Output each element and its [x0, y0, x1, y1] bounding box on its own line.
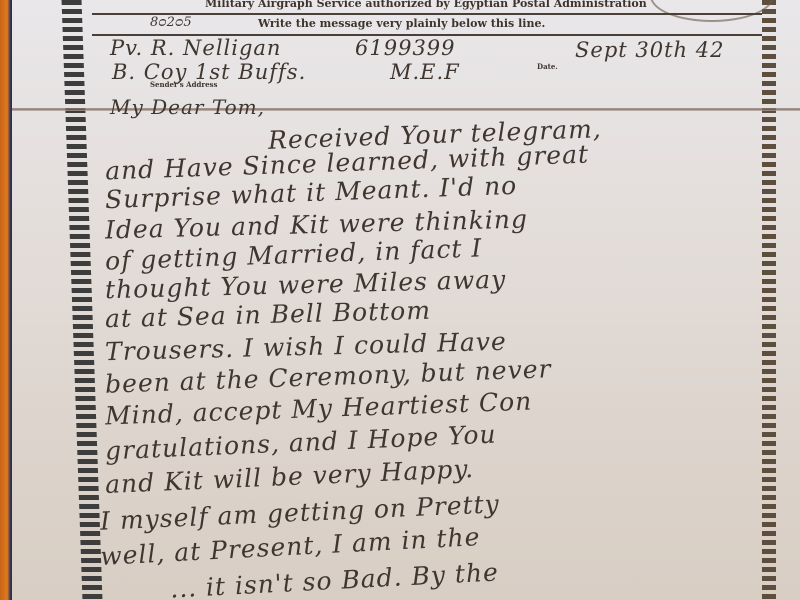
form-number: 8ᴑ2ᴑ5: [150, 15, 192, 30]
header-rule-top: [92, 13, 762, 15]
date-value: Sept 30th 42: [575, 38, 724, 62]
date-label: Date.: [537, 62, 558, 71]
sender-force: M.E.F: [390, 60, 460, 84]
table-edge: [0, 0, 12, 600]
sender-name: Pv. R. Nelligan: [110, 36, 281, 60]
salutation: My Dear Tom,: [110, 95, 265, 119]
sender-address-label: Sender's Address: [150, 80, 217, 89]
service-number: 6199399: [355, 36, 456, 60]
service-header: Military Airgraph Service authorized by …: [205, 0, 647, 10]
instruction-text: Write the message very plainly below thi…: [258, 17, 545, 30]
right-border-stripe: [762, 0, 776, 600]
